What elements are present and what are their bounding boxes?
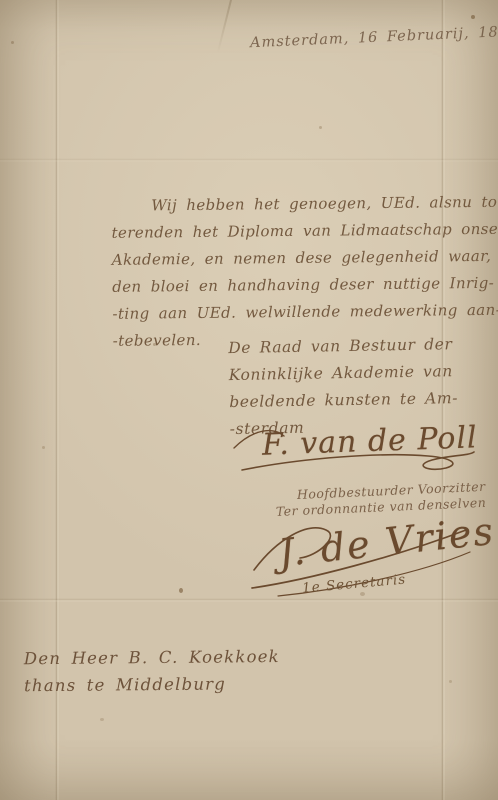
foxing-spot: [449, 680, 452, 683]
address-line: thans te Middelburg: [24, 670, 304, 699]
closing-line: De Raad van Bestuur der: [228, 331, 468, 362]
body-line: -ting aan UEd. welwillende medewerking a…: [112, 297, 464, 328]
horizontal-fold-crease-upper: [0, 158, 498, 162]
foxing-spot: [471, 15, 475, 19]
recipient-address: Den Heer B. C. Koekkoek thans te Middelb…: [24, 643, 304, 699]
body-line: Wij hebben het genoegen, UEd. alsnu toe-: [111, 189, 463, 220]
body-line: Akademie, en nemen dese gelegenheid waar…: [112, 243, 464, 274]
foxing-spot: [319, 126, 322, 129]
closing-line: beeldende kunsten te Am-: [229, 385, 469, 416]
address-line: Den Heer B. C. Koekkoek: [24, 643, 304, 672]
body-line: terenden het Diploma van Lidmaatschap on…: [111, 216, 463, 247]
closing-line: Koninklijke Akademie van: [229, 358, 469, 389]
foxing-spot: [42, 446, 45, 449]
foxing-spot: [179, 588, 183, 593]
letter-photo: Amsterdam, 16 Februarij, 1833. Wij hebbe…: [0, 0, 498, 800]
body-line: den bloei en handhaving deser nuttige In…: [112, 270, 464, 301]
foxing-spot: [11, 41, 14, 44]
foxing-spot: [100, 718, 104, 721]
letter-body: Wij hebben het genoegen, UEd. alsnu toe-…: [111, 189, 465, 355]
